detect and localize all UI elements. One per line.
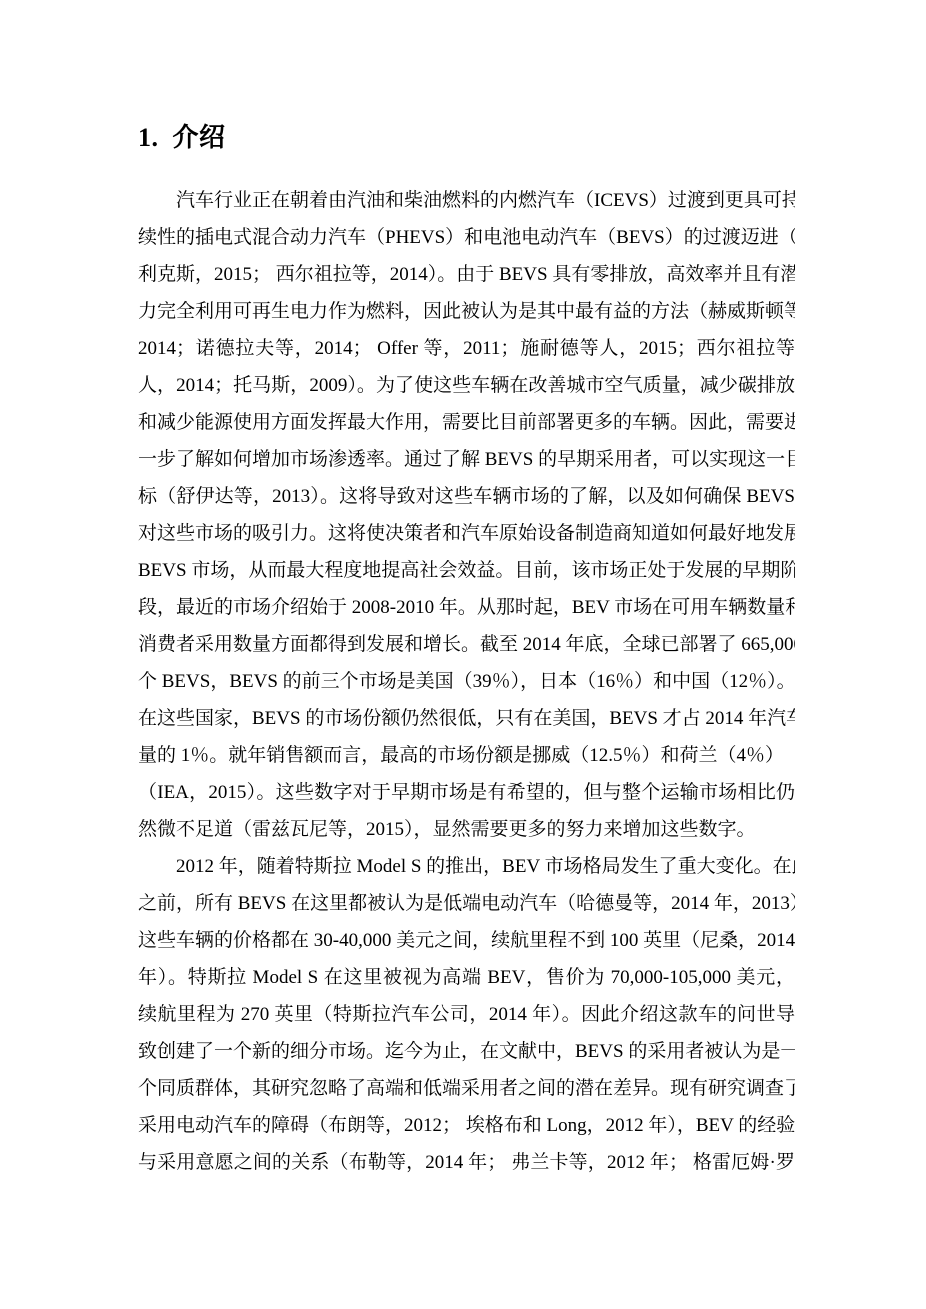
text-line: 之前，所有 BEVS 在这里都被认为是低端电动汽车（哈德曼等，2014 年，20…: [138, 885, 795, 922]
text-line: 年）。特斯拉 Model S 在这里被视为高端 BEV，售价为 70,000-1…: [138, 959, 795, 996]
text-line: BEVS 市场，从而最大程度地提高社会效益。目前，该市场正处于发展的早期阶: [138, 552, 795, 589]
text-line: 2014；诺德拉夫等，2014； Offer 等，2011；施耐德等人，2015…: [138, 330, 795, 367]
text-line: 段，最近的市场介绍始于 2008-2010 年。从那时起，BEV 市场在可用车辆…: [138, 589, 795, 626]
text-line: 致创建了一个新的细分市场。迄今为止，在文献中，BEVS 的采用者被认为是一: [138, 1033, 795, 1070]
text-line: 汽车行业正在朝着由汽油和柴油燃料的内燃汽车（ICEVS）过渡到更具可持: [138, 182, 795, 219]
text-line: 这些车辆的价格都在 30-40,000 美元之间，续航里程不到 100 英里（尼…: [138, 922, 795, 959]
text-line: 对这些市场的吸引力。这将使决策者和汽车原始设备制造商知道如何最好地发展: [138, 515, 795, 552]
section-heading: 1. 介绍: [138, 122, 795, 154]
document-page: 1. 介绍 汽车行业正在朝着由汽油和柴油燃料的内燃汽车（ICEVS）过渡到更具可…: [0, 0, 926, 1309]
text-line: 量的 1％。就年销售额而言，最高的市场份额是挪威（12.5％）和荷兰（4％）: [138, 737, 795, 774]
text-line: 然微不足道（雷兹瓦尼等，2015），显然需要更多的努力来增加这些数字。: [138, 811, 795, 848]
text-line: 人，2014；托马斯，2009）。为了使这些车辆在改善城市空气质量，减少碳排放: [138, 367, 795, 404]
text-line: 在这些国家，BEVS 的市场份额仍然很低，只有在美国，BEVS 才占 2014 …: [138, 700, 795, 737]
paragraph: 2012 年，随着特斯拉 Model S 的推出，BEV 市场格局发生了重大变化…: [138, 848, 795, 1181]
text-line: 标（舒伊达等，2013）。这将导致对这些车辆市场的了解，以及如何确保 BEVS: [138, 478, 795, 515]
text-line: 与采用意愿之间的关系（布勒等，2014 年； 弗兰卡等，2012 年； 格雷厄姆…: [138, 1144, 795, 1181]
text-line: 续性的插电式混合动力汽车（PHEVS）和电池电动汽车（BEVS）的过渡迈进（普: [138, 219, 795, 256]
text-line: 2012 年，随着特斯拉 Model S 的推出，BEV 市场格局发生了重大变化…: [138, 848, 795, 885]
text-line: 续航里程为 270 英里（特斯拉汽车公司，2014 年）。因此介绍这款车的问世导: [138, 996, 795, 1033]
text-line: 消费者采用数量方面都得到发展和增长。截至 2014 年底，全球已部署了 665,…: [138, 626, 795, 663]
text-line: （IEA，2015）。这些数字对于早期市场是有希望的，但与整个运输市场相比仍: [138, 774, 795, 811]
paragraph: 汽车行业正在朝着由汽油和柴油燃料的内燃汽车（ICEVS）过渡到更具可持 续性的插…: [138, 182, 795, 848]
text-line: 个 BEVS，BEVS 的前三个市场是美国（39％），日本（16％）和中国（12…: [138, 663, 795, 700]
text-line: 采用电动汽车的障碍（布朗等，2012； 埃格布和 Long，2012 年），BE…: [138, 1107, 795, 1144]
text-line: 个同质群体，其研究忽略了高端和低端采用者之间的潜在差异。现有研究调查了: [138, 1070, 795, 1107]
text-line: 和减少能源使用方面发挥最大作用，需要比目前部署更多的车辆。因此，需要进: [138, 404, 795, 441]
text-line: 力完全利用可再生电力作为燃料，因此被认为是其中最有益的方法（赫威斯顿等，: [138, 293, 795, 330]
text-line: 一步了解如何增加市场渗透率。通过了解 BEVS 的早期采用者，可以实现这一目: [138, 441, 795, 478]
text-line: 利克斯，2015； 西尔祖拉等，2014）。由于 BEVS 具有零排放，高效率并…: [138, 256, 795, 293]
document-body: 汽车行业正在朝着由汽油和柴油燃料的内燃汽车（ICEVS）过渡到更具可持 续性的插…: [138, 182, 795, 1181]
